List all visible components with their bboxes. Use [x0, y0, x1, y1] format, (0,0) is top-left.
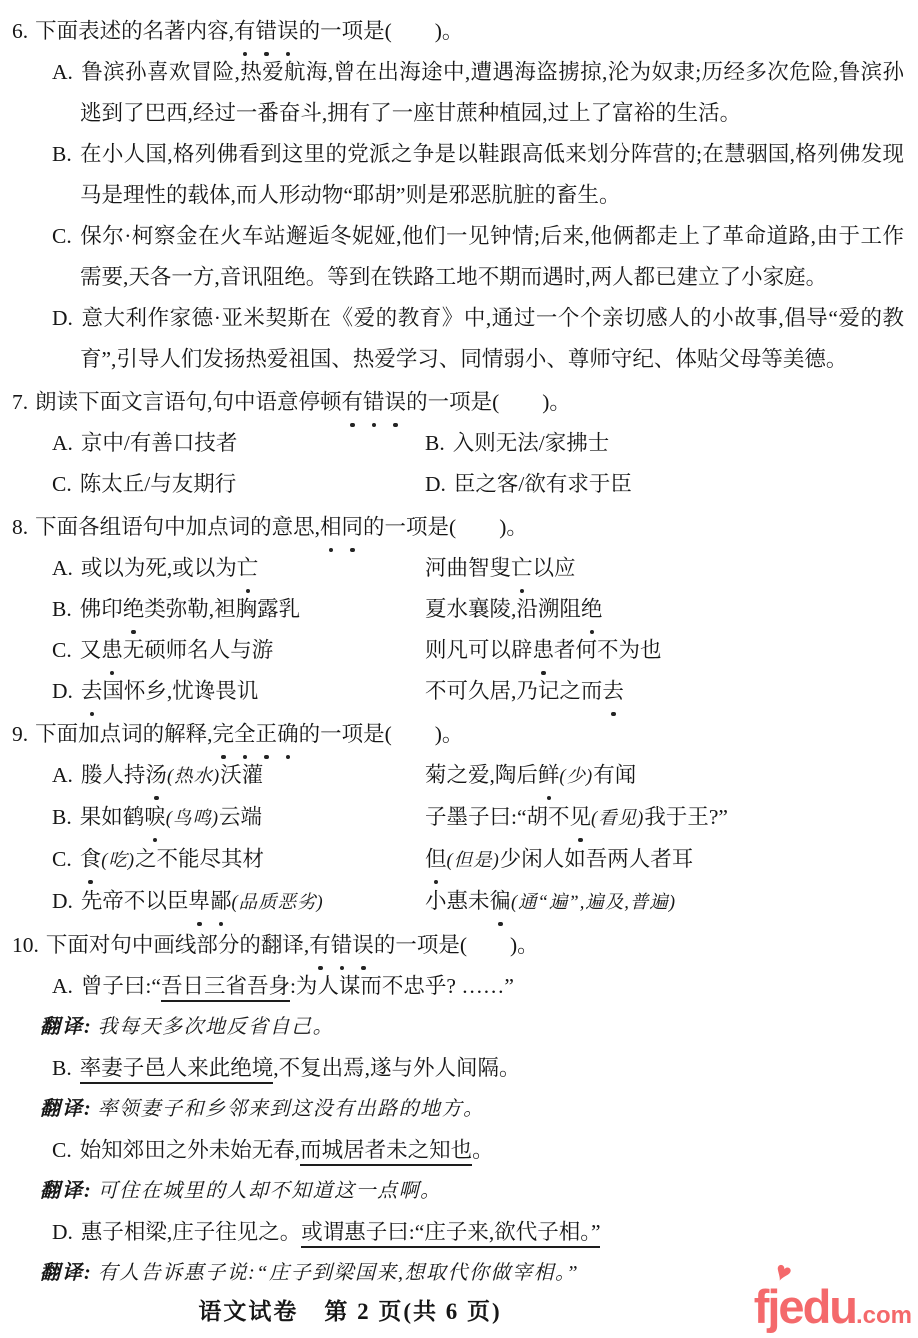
emphasis-dot-char: 去 [81, 671, 103, 712]
annotation-text: (品质恶劣) [231, 892, 323, 912]
question-10-option-a: A.曾子曰:“吾日三省吾身:为人谋而不忠乎? ……” [12, 966, 904, 1007]
text-run: 云端 [219, 805, 262, 829]
emphasis-dot-char: 误 [352, 925, 374, 966]
emphasis-dot-char: 绝 [581, 589, 603, 630]
watermark-text: fj♥edu [754, 1280, 856, 1333]
question-10-translation-a: 翻译:我每天多次地反省自己。 [12, 1007, 904, 1048]
text-run: 河曲智叟 [425, 556, 511, 580]
footer-page-number: 第 2 页(共 6 页) [324, 1299, 501, 1324]
emphasis-dot-char: 错 [256, 11, 278, 52]
text-run: 夏水襄陵,沿溯阻 [425, 597, 581, 621]
text-run: 以应 [533, 556, 576, 580]
question-8-option-d: D.去国怀乡,忧谗畏讥不可久居,乃记之而去 [12, 671, 904, 712]
text-run: 小惠未 [425, 889, 490, 913]
option-label: B. [52, 597, 72, 621]
emphasized-text: 鲜 [538, 763, 560, 787]
emphasized-text: 有错误 [342, 390, 407, 414]
text-run: 国怀乡,忧谗畏讥 [102, 679, 258, 703]
emphasized-text: 完全正确 [213, 722, 299, 746]
question-7-stem: 7.朗读下面文言语句,句中语意停顿有错误的一项是( )。 [12, 382, 904, 423]
text-run: 则凡可以辟 [425, 638, 533, 662]
underlined-text: 而城居者未之知也 [300, 1138, 472, 1166]
emphasis-dot-char: 患 [533, 630, 555, 671]
emphasis-dot-char: 完 [213, 714, 235, 755]
option-label: A. [52, 974, 73, 998]
text-run: 下面表述的名著内容, [35, 19, 234, 43]
option-label: B. [52, 1056, 72, 1080]
emphasis-dot-char: 同 [342, 507, 364, 548]
watermark-tld: .com [856, 1302, 912, 1329]
emphasis-dot-char: 食 [80, 839, 102, 880]
text-run: 果如鹤 [80, 805, 145, 829]
text-run: 。 [472, 1138, 494, 1162]
option-label: C. [52, 1138, 72, 1162]
translation-label: 翻译: [40, 1262, 93, 1284]
option-label: C. [52, 847, 72, 871]
option-pair-right-column: D.臣之客/欲有求于臣 [425, 464, 632, 505]
question-10-option-d: D.惠子相梁,庄子往见之。或谓惠子曰:“庄子来,欲代子相。” [12, 1212, 904, 1253]
text-run: 少闲人如吾两人者耳 [500, 847, 694, 871]
text-run: 惠子相梁,庄子往见之。 [81, 1220, 301, 1244]
text-run: 朗读下面文言语句,句中语意停顿 [35, 390, 341, 414]
emphasized-text: 见 [570, 805, 592, 829]
emphasis-dot-char: 鲜 [538, 755, 560, 796]
question-10-option-c: C.始知郊田之外未始无春,而城居者未之知也。 [12, 1130, 904, 1171]
text-run: ,不复出焉,遂与外人间隔。 [273, 1056, 520, 1080]
option-label: D. [52, 306, 73, 330]
emphasis-dot-char: 错 [363, 382, 385, 423]
watermark-text-fj: fj [754, 1280, 779, 1333]
annotation-text: (通“遍”,遍及,普遍) [511, 892, 676, 912]
emphasis-dot-char: 绝 [123, 589, 145, 630]
text-run: 先帝不以臣 [81, 889, 189, 913]
question-6-stem: 6.下面表述的名著内容,有错误的一项是( )。 [12, 11, 904, 52]
emphasized-text: 徧 [490, 889, 512, 913]
text-run: :为人谋而不忠乎? ……” [290, 974, 514, 998]
exam-body: 6.下面表述的名著内容,有错误的一项是( )。A.鲁滨孙喜欢冒险,热爱航海,曾在… [0, 0, 918, 1294]
option-label: A. [52, 556, 73, 580]
question-8-option-c: C.又患无硕师名人与游则凡可以辟患者何不为也 [12, 630, 904, 671]
underlined-text: 或谓惠子曰:“庄子来,欲代子相。” [301, 1220, 600, 1248]
emphasis-dot-char: 患 [101, 630, 123, 671]
question-9-option-d: D.先帝不以臣卑鄙(品质恶劣)小惠未徧(通“遍”,遍及,普遍) [12, 881, 904, 923]
question-6-option-c: C.保尔·柯察金在火车站邂逅冬妮娅,他们一见钟情;后来,他俩都走上了革命道路,由… [12, 216, 904, 298]
question-number: 8. [12, 515, 28, 539]
text-run: 的一项是( )。 [363, 515, 528, 539]
emphasis-dot-char: 有 [234, 11, 256, 52]
question-6-option-b: B.在小人国,格列佛看到这里的党派之争是以鞋跟高低来划分阵营的;在慧骃国,格列佛… [12, 134, 904, 216]
text-run: 之不能尽其材 [135, 847, 264, 871]
option-pair-right-column: 子墨子曰:“胡不见(看见)我于王?” [425, 797, 728, 839]
question-9-option-a: A.媵人持汤(热水)沃灌菊之爱,陶后鲜(少)有闻 [12, 755, 904, 797]
question-6-option-a: A.鲁滨孙喜欢冒险,热爱航海,曾在出海途中,遭遇海盗掳掠,沦为奴隶;历经多次危险… [12, 52, 904, 134]
emphasized-text: 唳 [144, 805, 166, 829]
text-run: 陈太丘/与友期行 [80, 472, 236, 496]
emphasis-dot-char: 有 [309, 925, 331, 966]
option-label: D. [52, 1220, 73, 1244]
option-label: A. [52, 60, 73, 84]
text-run: 者何不为也 [554, 638, 662, 662]
text-run: 的一项是( )。 [374, 933, 539, 957]
question-10-option-b: B.率妻子邑人来此绝境,不复出焉,遂与外人间隔。 [12, 1048, 904, 1089]
question-10-translation-b: 翻译:率领妻子和乡邻来到这没有出路的地方。 [12, 1089, 904, 1130]
option-pair-right-column: 夏水襄陵,沿溯阻绝 [425, 589, 602, 630]
annotation-text: (少) [559, 766, 593, 786]
emphasis-dot-char: 误 [277, 11, 299, 52]
text-run: 下面各组语句中加点词的意思, [35, 515, 320, 539]
question-number: 6. [12, 19, 28, 43]
translation-label: 翻译: [40, 1180, 93, 1202]
emphasis-dot-char: 卑 [188, 881, 210, 922]
question-10-translation-c: 翻译:可住在城里的人却不知道这一点啊。 [12, 1171, 904, 1212]
text-run: 保尔·柯察金在火车站邂逅冬妮娅,他们一见钟情;后来,他俩都走上了革命道路,由于工… [80, 224, 904, 289]
text-run: 的一项是( )。 [299, 722, 464, 746]
text-run: 在小人国,格列佛看到这里的党派之争是以鞋跟高低来划分阵营的;在慧骃国,格列佛发现… [80, 142, 904, 207]
watermark-text-du: du [803, 1280, 856, 1333]
fjedu-watermark-logo: fj♥edu.com [754, 1283, 912, 1330]
option-pair-right-column: B.入则无法/家拂士 [425, 423, 609, 464]
text-run: 菊之爱,陶后 [425, 763, 538, 787]
emphasized-text: 患 [101, 638, 123, 662]
option-label: C. [52, 224, 72, 248]
text-run: 类弥勒,袒胸露乳 [144, 597, 300, 621]
emphasis-dot-char: 亡 [237, 548, 259, 589]
emphasis-dot-char: 鄙 [210, 881, 232, 922]
text-run: 京中/有善口技者 [81, 431, 237, 455]
option-pair-right-column: 则凡可以辟患者何不为也 [425, 630, 662, 671]
text-run: 有闻 [593, 763, 636, 787]
text-run: 臣之客/欲有求于臣 [454, 472, 632, 496]
question-number: 9. [12, 722, 28, 746]
emphasis-dot-char: 见 [570, 797, 592, 838]
text-run: 有人告诉惠子说:“庄子到梁国来,想取代你做宰相。” [98, 1262, 579, 1284]
question-number: 10. [12, 933, 39, 957]
text-run: 意大利作家德·亚米契斯在《爱的教育》中,通过一个个亲切感人的小故事,倡导“爱的教… [80, 306, 904, 371]
question-8-stem: 8.下面各组语句中加点词的意思,相同的一项是( )。 [12, 507, 904, 548]
text-run: 率领妻子和乡邻来到这没有出路的地方。 [98, 1098, 485, 1120]
text-run: 或以为死,或以为 [81, 556, 237, 580]
text-run: 下面加点词的解释, [35, 722, 212, 746]
text-run: 不可久居,乃记之而 [425, 679, 602, 703]
annotation-text: (看见) [591, 808, 644, 828]
question-9-option-b: B.果如鹤唳(鸟鸣)云端子墨子曰:“胡不见(看见)我于王?” [12, 797, 904, 839]
emphasized-text: 汤 [145, 763, 167, 787]
page-footer: 语文试卷第 2 页(共 6 页) [0, 1293, 700, 1326]
option-pair-right-column: 不可久居,乃记之而去 [425, 671, 624, 712]
option-label: C. [52, 472, 72, 496]
emphasized-text: 但 [425, 847, 447, 871]
emphasis-dot-char: 相 [320, 507, 342, 548]
question-9-stem: 9.下面加点词的解释,完全正确的一项是( )。 [12, 714, 904, 755]
text-run: 的一项是( )。 [299, 19, 464, 43]
option-label: A. [52, 431, 73, 455]
option-label: D. [52, 889, 73, 913]
text-run: 佛印 [80, 597, 123, 621]
option-pair-right-column: 河曲智叟亡以应 [425, 548, 576, 589]
text-run: 子墨子曰:“胡不 [425, 805, 570, 829]
text-run: 鲁滨孙喜欢冒险,热爱航海,曾在出海途中,遭遇海盗掳掠,沦为奴隶;历经多次危险,鲁… [80, 60, 904, 125]
question-7-row-ab: A.京中/有善口技者B.入则无法/家拂士 [12, 423, 904, 464]
emphasis-dot-char: 有 [342, 382, 364, 423]
emphasized-text: 有错误 [309, 933, 374, 957]
emphasis-dot-char: 唳 [144, 797, 166, 838]
annotation-text: (热水) [167, 766, 220, 786]
emphasis-dot-char: 徧 [490, 881, 512, 922]
text-run: 始知郊田之外未始无春, [80, 1138, 300, 1162]
underlined-text: 吾日三省吾身 [161, 974, 290, 1002]
emphasis-dot-char: 亡 [511, 548, 533, 589]
option-pair-right-column: 菊之爱,陶后鲜(少)有闻 [425, 755, 636, 797]
option-label: D. [425, 472, 446, 496]
emphasized-text: 亡 [237, 556, 259, 580]
emphasis-dot-char: 汤 [145, 755, 167, 796]
annotation-text: (鸟鸣) [166, 808, 219, 828]
emphasis-dot-char: 误 [385, 382, 407, 423]
question-9-option-c: C.食(吃)之不能尽其材但(但是)少闲人如吾两人者耳 [12, 839, 904, 881]
question-8-option-b: B.佛印绝类弥勒,袒胸露乳夏水襄陵,沿溯阻绝 [12, 589, 904, 630]
emphasized-text: 绝 [581, 597, 603, 621]
text-run: 沃灌 [220, 763, 263, 787]
watermark-text-e: ♥e [778, 1283, 802, 1330]
option-label: D. [52, 679, 73, 703]
translation-label: 翻译: [40, 1098, 93, 1120]
text-run: 的一项是( )。 [406, 390, 571, 414]
emphasis-dot-char: 全 [234, 714, 256, 755]
question-number: 7. [12, 390, 28, 414]
annotation-text: (但是) [447, 850, 500, 870]
question-8-option-a: A.或以为死,或以为亡河曲智叟亡以应 [12, 548, 904, 589]
emphasis-dot-char: 去 [602, 671, 624, 712]
emphasis-dot-char: 但 [425, 839, 447, 880]
text-run: 又 [80, 638, 102, 662]
question-7-row-cd: C.陈太丘/与友期行D.臣之客/欲有求于臣 [12, 464, 904, 505]
emphasized-text: 绝 [123, 597, 145, 621]
text-run: 下面对句中画线部分的翻译, [46, 933, 309, 957]
underlined-text: 率妻子邑人来此绝境 [80, 1056, 274, 1084]
option-label: B. [52, 142, 72, 166]
emphasized-text: 卑鄙 [188, 889, 231, 913]
option-label: A. [52, 763, 73, 787]
annotation-text: (吃) [101, 850, 135, 870]
footer-paper-title: 语文试卷 [198, 1299, 298, 1324]
emphasized-text: 去 [81, 679, 103, 703]
emphasized-text: 去 [602, 679, 624, 703]
question-6-option-d: D.意大利作家德·亚米契斯在《爱的教育》中,通过一个个亲切感人的小故事,倡导“爱… [12, 298, 904, 380]
option-label: B. [425, 431, 445, 455]
exam-page: 6.下面表述的名著内容,有错误的一项是( )。A.鲁滨孙喜欢冒险,热爱航海,曾在… [0, 0, 918, 1338]
text-run: 我每天多次地反省自己。 [98, 1016, 335, 1038]
emphasized-text: 患 [533, 638, 555, 662]
emphasis-dot-char: 正 [256, 714, 278, 755]
option-label: C. [52, 638, 72, 662]
text-run: 入则无法/家拂士 [453, 431, 609, 455]
translation-label: 翻译: [40, 1016, 93, 1038]
option-pair-right-column: 小惠未徧(通“遍”,遍及,普遍) [425, 881, 676, 923]
text-run: 可住在城里的人却不知道这一点啊。 [98, 1180, 442, 1202]
text-run: 无硕师名人与游 [123, 638, 274, 662]
option-label: B. [52, 805, 72, 829]
emphasis-dot-char: 错 [331, 925, 353, 966]
text-run: 媵人持 [81, 763, 146, 787]
question-10-stem: 10.下面对句中画线部分的翻译,有错误的一项是( )。 [12, 925, 904, 966]
option-pair-right-column: 但(但是)少闲人如吾两人者耳 [425, 839, 693, 881]
emphasized-text: 食 [80, 847, 102, 871]
emphasized-text: 亡 [511, 556, 533, 580]
emphasized-text: 相同 [320, 515, 363, 539]
text-run: 曾子曰:“ [81, 974, 161, 998]
text-run: 我于王?” [644, 805, 728, 829]
emphasis-dot-char: 确 [277, 714, 299, 755]
emphasized-text: 有错误 [234, 19, 299, 43]
